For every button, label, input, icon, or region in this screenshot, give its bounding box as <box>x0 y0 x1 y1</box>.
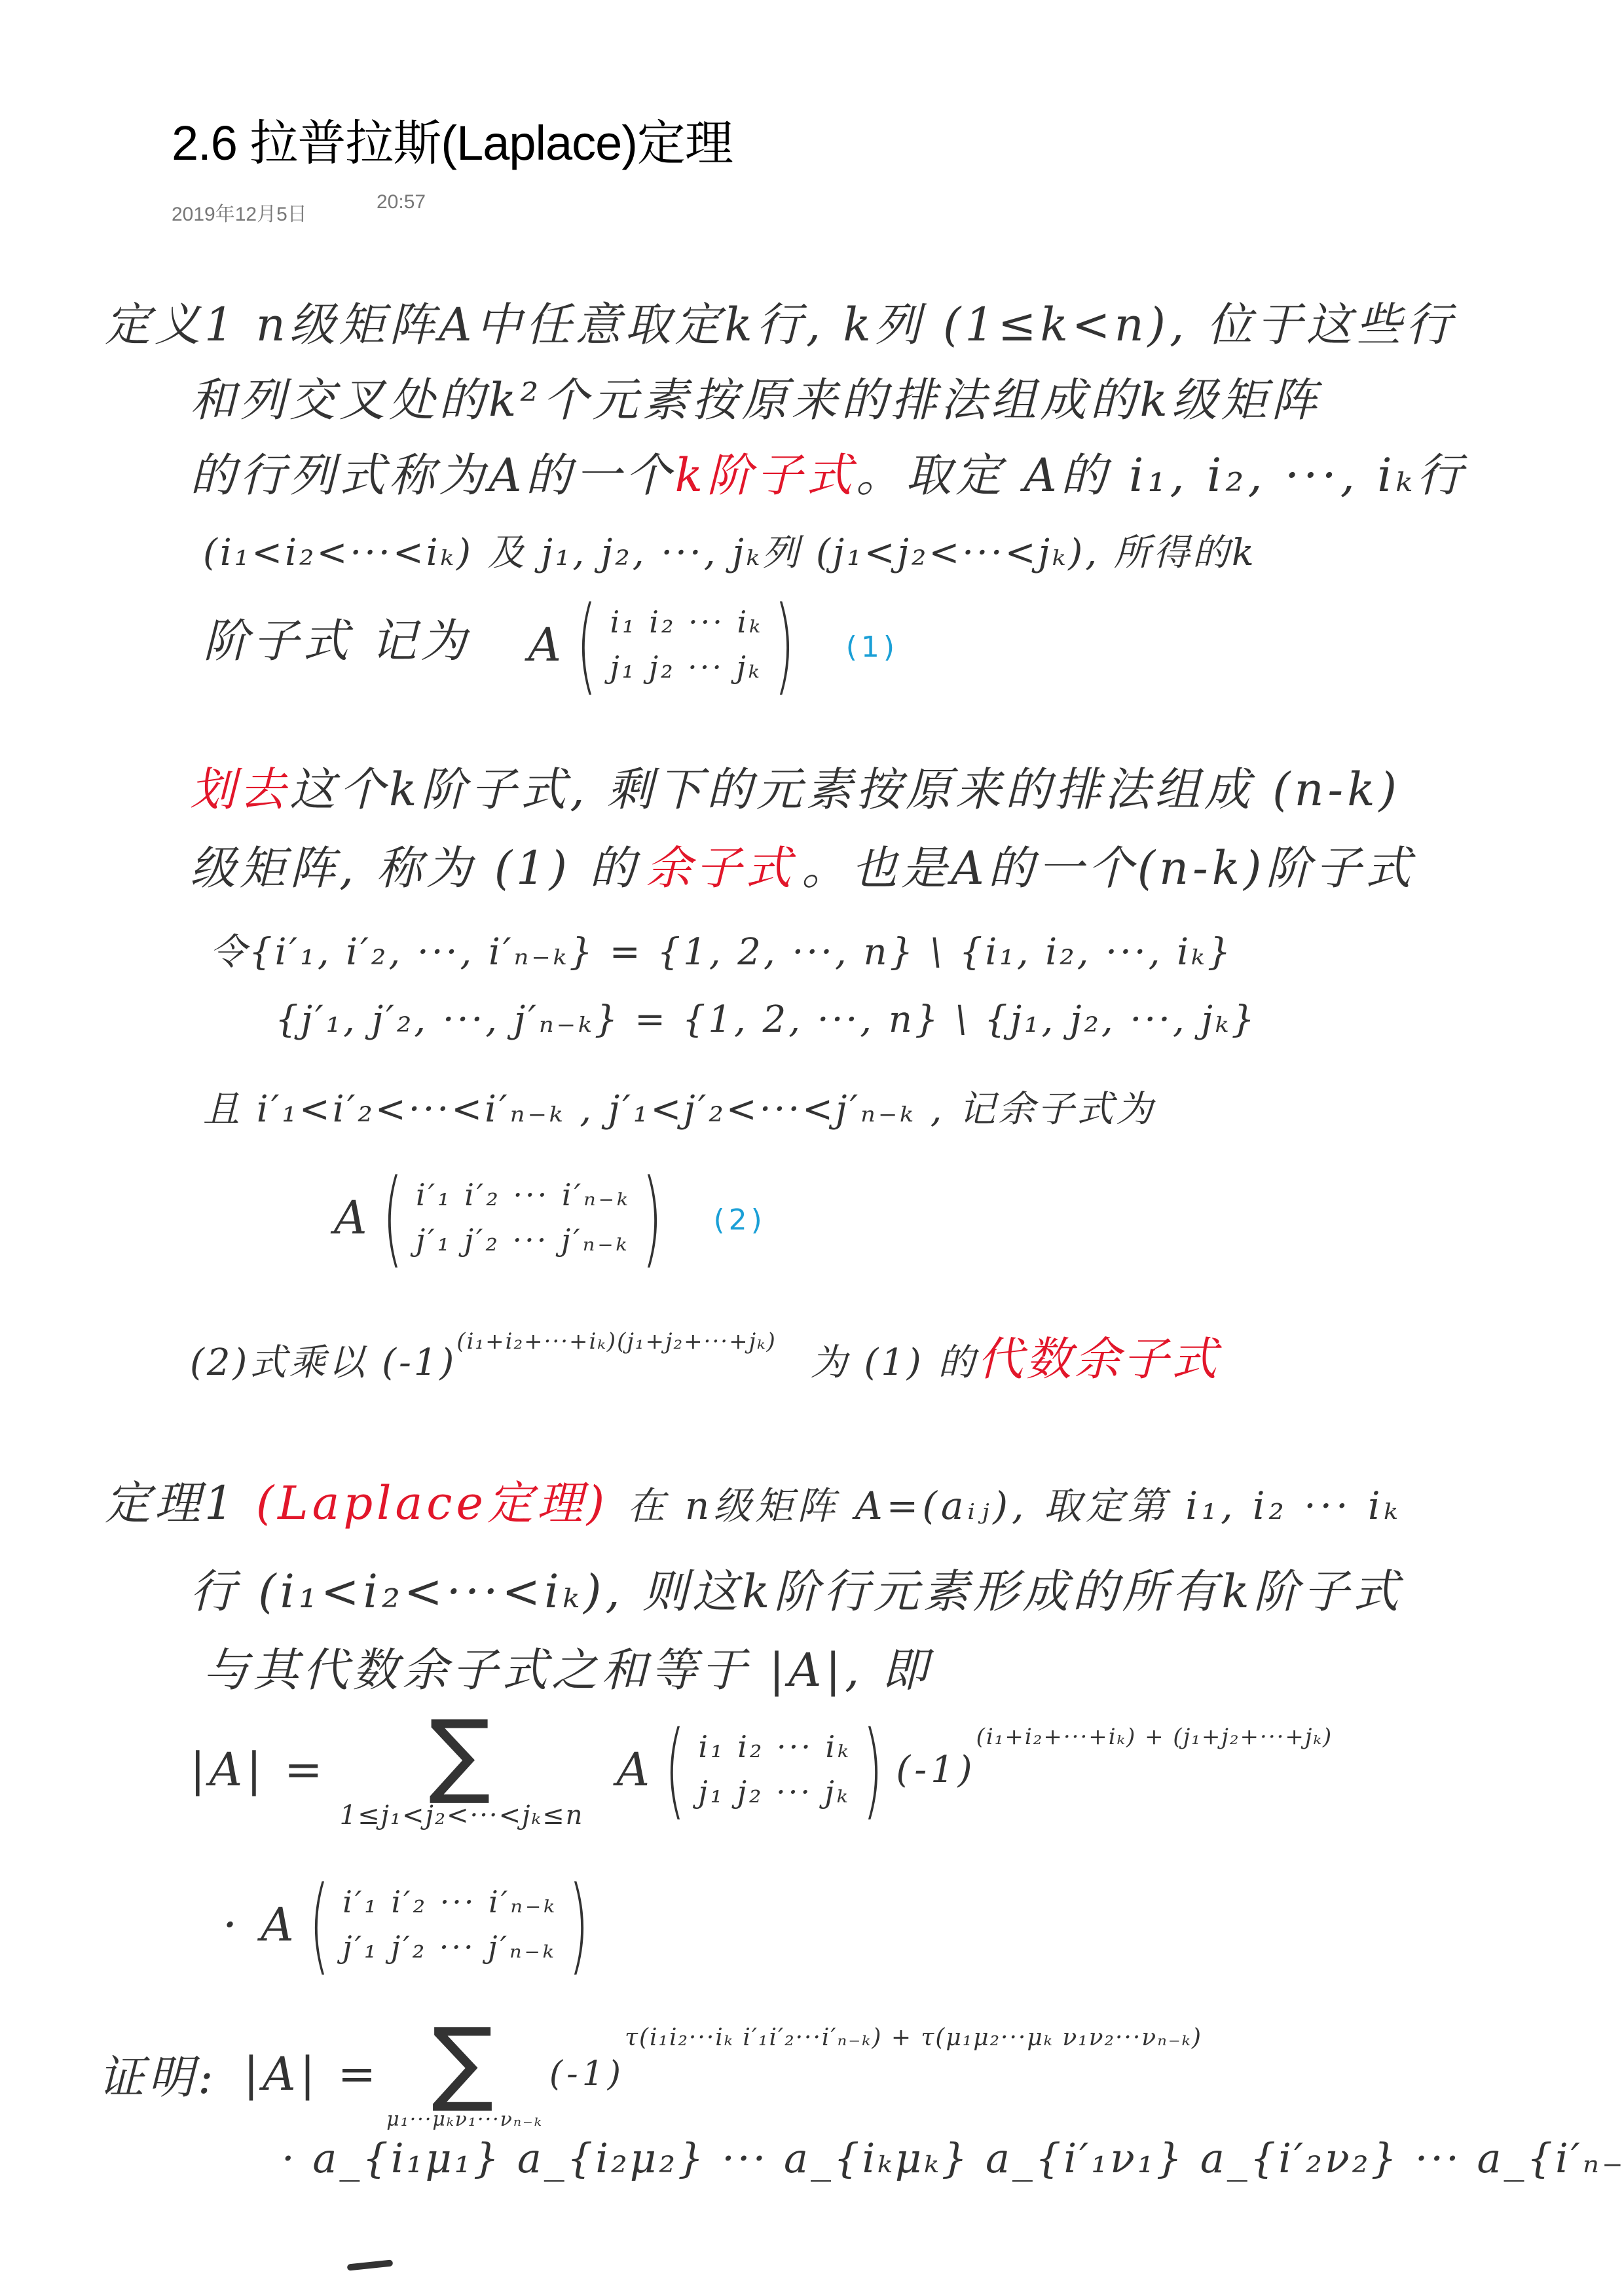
complement-line-2: 级矩阵, 称为 (1) 的余子式。也是A的一个(n-k)阶子式 <box>190 831 1415 898</box>
proof-line-2: · a_{i₁μ₁} a_{i₂μ₂} ··· a_{iₖμₖ} a_{i′₁ν… <box>282 2134 1624 2182</box>
row-indices: i′₁ i′₂ ··· i′ₙ₋ₖ <box>342 1880 557 1925</box>
multiply-dot: · <box>223 1898 241 1952</box>
left-paren: ( <box>576 592 599 697</box>
laplace-formula: |A| = ∑ 1≤j₁<j₂<···<jₖ≤n A ( i₁ i₂ ··· i… <box>190 1709 1333 1831</box>
summation: ∑ 1≤j₁<j₂<···<jₖ≤n <box>340 1709 584 1831</box>
proof-label: 证明: <box>98 2041 217 2107</box>
sign-base: (-1) <box>896 1749 976 1791</box>
minor-notation-3: A ( i₁ i₂ ··· iₖ j₁ j₂ ··· jₖ ) <box>616 1717 896 1822</box>
column-indices: j₁ j₂ ··· jₖ <box>698 1770 851 1815</box>
index-stack: i₁ i₂ ··· iₖ j₁ j₂ ··· jₖ <box>698 1724 851 1815</box>
cut-off-sigma-fragment <box>347 2259 394 2270</box>
index-stack: i′₁ i′₂ ··· i′ₙ₋ₖ j′₁ j′₂ ··· j′ₙ₋ₖ <box>416 1173 631 1263</box>
complement-line-2-text-b: 。也是A的一个(n-k)阶子式 <box>802 841 1414 895</box>
index-stack: i′₁ i′₂ ··· i′ₙ₋ₖ j′₁ j′₂ ··· j′ₙ₋ₖ <box>342 1880 557 1970</box>
row-indices: i₁ i₂ ··· iₖ <box>698 1724 851 1770</box>
right-paren: ) <box>642 1165 664 1270</box>
complement-line-6: (2)式乘以 (-1)(i₁+i₂+···+iₖ)(j₁+j₂+···+jₖ) … <box>190 1322 1220 1389</box>
summation: ∑ μ₁···μₖν₁···νₙ₋ₖ <box>386 2016 543 2131</box>
sigma-icon: ∑ <box>429 1709 494 1800</box>
row-indices: i′₁ i′₂ ··· i′ₙ₋ₖ <box>416 1173 631 1218</box>
right-paren: ) <box>568 1872 591 1977</box>
right-paren: ) <box>774 592 796 697</box>
matrix-symbol: A <box>616 1743 654 1796</box>
complement-line-4: {j′₁, j′₂, ···, j′ₙ₋ₖ} = {1, 2, ···, n} … <box>275 998 1257 1041</box>
definition-line-1: 定义1 n级矩阵A中任意取定k行, k列 (1≤k<n), 位于这些行 <box>105 288 1455 354</box>
matrix-symbol: A <box>334 1191 371 1245</box>
left-paren: ( <box>309 1872 331 1977</box>
sign-exponent: τ(i₁i₂···iₖ i′₁i′₂···i′ₙ₋ₖ) + τ(μ₁μ₂···μ… <box>625 2024 1202 2051</box>
row-indices: i₁ i₂ ··· iₖ <box>610 600 764 645</box>
complement-line-1-text: 这个k阶子式, 剩下的元素按原来的排法组成 (n-k) <box>289 763 1401 816</box>
sign-exponent: (i₁+i₂+···+iₖ)(j₁+j₂+···+jₖ) <box>456 1328 776 1355</box>
left-paren: ( <box>665 1717 687 1822</box>
summation-limits: μ₁···μₖν₁···νₙ₋ₖ <box>386 2108 543 2131</box>
complement-minor-formula: A ( i′₁ i′₂ ··· i′ₙ₋ₖ j′₁ j′₂ ··· j′ₙ₋ₖ … <box>334 1165 766 1270</box>
theorem-line-1-text: 在 n级矩阵 A=(aᵢⱼ), 取定第 i₁, i₂ ··· iₖ <box>627 1484 1401 1528</box>
complement-line-2-text-a: 级矩阵, 称为 (1) 的 <box>190 841 639 895</box>
complementary-minor-term: 余子式 <box>646 841 795 895</box>
equation-label-1: (1) <box>846 630 898 664</box>
laplace-formula-continued: · A ( i′₁ i′₂ ··· i′ₙ₋ₖ j′₁ j′₂ ··· j′ₙ₋… <box>223 1872 602 1977</box>
proof-lhs: |A| = <box>244 2047 380 2101</box>
proof-line-1: 证明: |A| = ∑ μ₁···μₖν₁···νₙ₋ₖ (-1) τ(i₁i₂… <box>98 2016 1202 2131</box>
page-time: 20:57 <box>377 191 426 213</box>
matrix-symbol: A <box>261 1898 298 1952</box>
definition-line-5: 阶子式 记为 A ( i₁ i₂ ··· iₖ j₁ j₂ ··· jₖ ) (… <box>203 592 898 697</box>
definition-line-4: (i₁<i₂<···<iₖ) 及 j₁, j₂, ···, jₖ列 (j₁<j₂… <box>203 524 1257 576</box>
k-order-minor-term: k阶子式 <box>675 448 856 502</box>
strike-out-term: 划去 <box>190 763 289 816</box>
summation-limits: 1≤j₁<j₂<···<jₖ≤n <box>340 1800 584 1831</box>
minor-notation-2: A ( i′₁ i′₂ ··· i′ₙ₋ₖ j′₁ j′₂ ··· j′ₙ₋ₖ … <box>334 1165 675 1270</box>
column-indices: j₁ j₂ ··· jₖ <box>610 645 764 690</box>
complement-line-5: 且 i′₁<i′₂<···<i′ₙ₋ₖ , j′₁<j′₂<···<j′ₙ₋ₖ … <box>203 1080 1155 1133</box>
theorem-line-3: 与其代数余子式之和等于 |A|, 即 <box>203 1633 931 1700</box>
minor-notation-1: A ( i₁ i₂ ··· iₖ j₁ j₂ ··· jₖ ) <box>528 592 808 697</box>
complement-line-1: 划去这个k阶子式, 剩下的元素按原来的排法组成 (n-k) <box>190 753 1401 819</box>
definition-line-3: 的行列式称为A的一个k阶子式。取定 A的 i₁, i₂, ···, iₖ行 <box>190 439 1466 505</box>
column-indices: j′₁ j′₂ ··· j′ₙ₋ₖ <box>342 1925 557 1970</box>
matrix-symbol: A <box>528 618 566 672</box>
left-paren: ( <box>382 1165 405 1270</box>
sign-base: (-1) <box>549 2054 625 2094</box>
definition-line-5-text: 阶子式 记为 <box>203 614 470 668</box>
theorem-line-1: 定理1 (Laplace定理) 在 n级矩阵 A=(aᵢⱼ), 取定第 i₁, … <box>105 1467 1402 1533</box>
theorem-label: 定理1 <box>105 1476 238 1530</box>
formula-lhs: |A| = <box>190 1743 327 1796</box>
complement-line-3: 令{i′₁, i′₂, ···, i′ₙ₋ₖ} = {1, 2, ···, n}… <box>210 923 1233 975</box>
complement-line-6-text-a: (2)式乘以 (-1) <box>190 1341 456 1384</box>
right-paren: ) <box>862 1717 885 1822</box>
laplace-theorem-term: (Laplace定理) <box>256 1476 608 1530</box>
index-stack: i₁ i₂ ··· iₖ j₁ j₂ ··· jₖ <box>610 600 764 690</box>
definition-line-3-text-a: 的行列式称为A的一个 <box>190 448 675 502</box>
theorem-line-2: 行 (i₁<i₂<···<iₖ), 则这k阶行元素形成的所有k阶子式 <box>190 1555 1403 1621</box>
complement-line-6-text-b: 为 (1) 的 <box>811 1341 978 1384</box>
minor-notation-4: A ( i′₁ i′₂ ··· i′ₙ₋ₖ j′₁ j′₂ ··· j′ₙ₋ₖ … <box>261 1872 602 1977</box>
page-title: 2.6 拉普拉斯(Laplace)定理 <box>172 105 733 174</box>
column-indices: j′₁ j′₂ ··· j′ₙ₋ₖ <box>416 1218 631 1263</box>
equation-label-2: (2) <box>713 1203 766 1237</box>
algebraic-complement-term: 代数余子式 <box>978 1332 1220 1386</box>
definition-line-3-text-b: 。取定 A的 i₁, i₂, ···, iₖ行 <box>856 448 1466 502</box>
definition-line-2: 和列交叉处的k²个元素按原来的排法组成的k级矩阵 <box>190 363 1321 429</box>
sigma-icon: ∑ <box>432 2016 497 2108</box>
page-date: 2019年12月5日 <box>172 198 307 227</box>
sign-exponent: (i₁+i₂+···+iₖ) + (j₁+j₂+···+jₖ) <box>976 1724 1333 1750</box>
